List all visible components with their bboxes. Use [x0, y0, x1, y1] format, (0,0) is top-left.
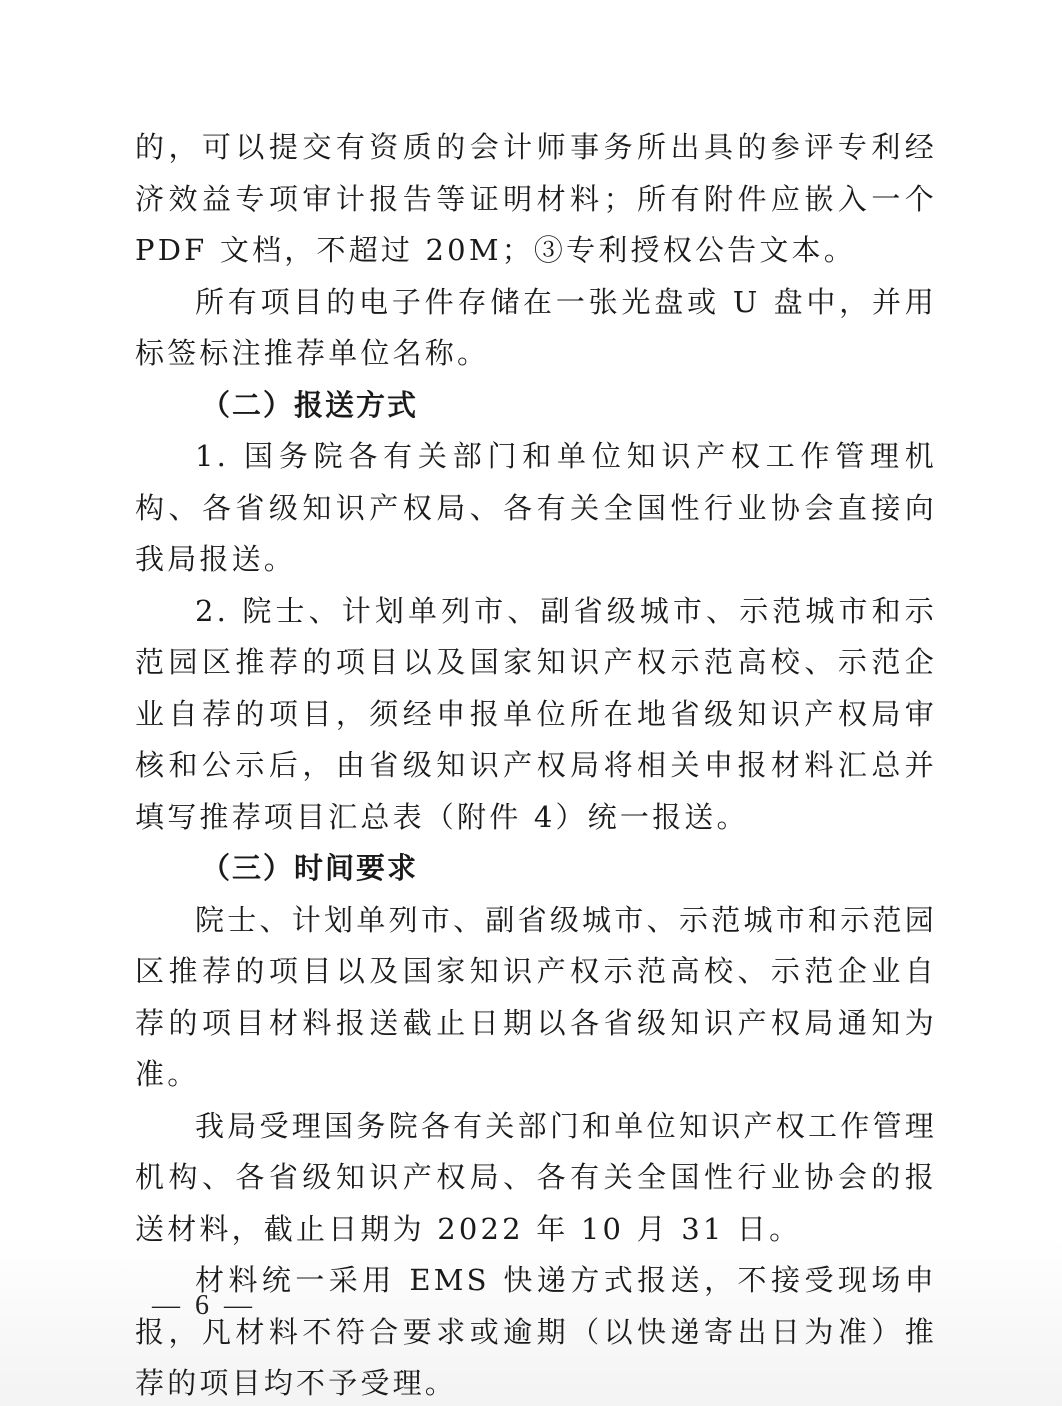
paragraph-deadline-bureau: 我局受理国务院各有关部门和单位知识产权工作管理机构、各省级知识产权局、各有关全国… [135, 1101, 937, 1256]
document-page: 的，可以提交有资质的会计师事务所出具的参评专利经济效益专项审计报告等证明材料；所… [135, 122, 937, 1406]
section-heading-submission-method: （二）报送方式 [135, 380, 937, 432]
paragraph-electronic-storage: 所有项目的电子件存储在一张光盘或 U 盘中，并用标签标注推荐单位名称。 [135, 277, 937, 380]
paragraph-submission-item-2: 2. 院士、计划单列市、副省级城市、示范城市和示范园区推荐的项目以及国家知识产权… [135, 586, 937, 844]
page-number: — 6 — [152, 1290, 256, 1322]
paragraph-submission-item-1: 1. 国务院各有关部门和单位知识产权工作管理机构、各省级知识产权局、各有关全国性… [135, 431, 937, 586]
paragraph-deadline-provincial: 院士、计划单列市、副省级城市、示范城市和示范园区推荐的项目以及国家知识产权示范高… [135, 895, 937, 1101]
paragraph-ems-delivery: 材料统一采用 EMS 快递方式报送，不接受现场申报，凡材料不符合要求或逾期（以快… [135, 1255, 937, 1406]
section-heading-time-requirements: （三）时间要求 [135, 843, 937, 895]
paragraph-attachments-continued: 的，可以提交有资质的会计师事务所出具的参评专利经济效益专项审计报告等证明材料；所… [135, 122, 937, 277]
